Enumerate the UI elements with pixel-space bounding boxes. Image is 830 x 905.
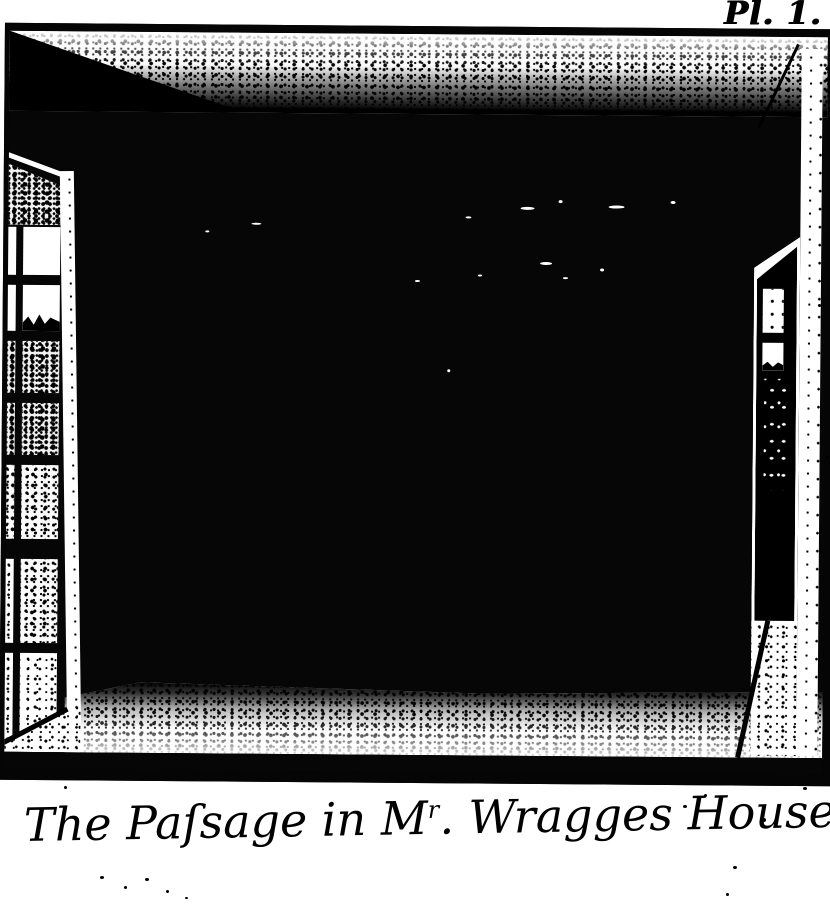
ink-speck bbox=[683, 805, 687, 808]
window-pane bbox=[3, 285, 16, 331]
window-pane-row bbox=[1, 341, 61, 393]
window-pane-row bbox=[0, 465, 61, 539]
right-door-face bbox=[754, 237, 797, 624]
highlight-speck bbox=[559, 200, 563, 203]
right-doorway bbox=[742, 37, 828, 776]
ink-speck bbox=[818, 304, 821, 307]
ink-speck bbox=[803, 787, 807, 790]
door-panel bbox=[0, 559, 14, 643]
highlight-speck bbox=[540, 262, 552, 265]
ink-speck bbox=[100, 876, 104, 879]
window-pane bbox=[3, 227, 16, 275]
ink-speck bbox=[145, 878, 149, 881]
floor-gradient bbox=[64, 680, 823, 758]
ink-speck bbox=[826, 455, 829, 459]
ink-speck bbox=[762, 818, 766, 822]
highlight-speck bbox=[521, 207, 535, 210]
door-panel-marks bbox=[763, 379, 786, 491]
highlight-speck bbox=[671, 201, 676, 204]
window-pane bbox=[22, 403, 59, 455]
room-interior bbox=[4, 31, 828, 775]
caption-superscript: r bbox=[427, 796, 439, 824]
ink-speck bbox=[185, 897, 188, 899]
window-pane bbox=[1, 465, 15, 539]
pane-shadow bbox=[23, 310, 60, 331]
window-pane-row bbox=[1, 403, 61, 455]
caption-text-2: . Wragges House. bbox=[439, 784, 830, 845]
ink-speck bbox=[166, 890, 169, 893]
ink-speck bbox=[704, 794, 707, 797]
right-door-bottom-edge bbox=[735, 620, 770, 758]
floor-stipple bbox=[64, 680, 823, 758]
scanned-book-page: Pl. 1. bbox=[0, 0, 830, 905]
highlight-speck bbox=[563, 277, 568, 279]
window-pane bbox=[2, 341, 15, 393]
door-panel-row bbox=[0, 559, 60, 643]
plate-number-text: Pl. 1. bbox=[724, 0, 822, 32]
window-pane bbox=[23, 227, 60, 275]
highlight-speck bbox=[251, 223, 261, 225]
right-door bbox=[751, 237, 800, 627]
ink-speck bbox=[64, 786, 67, 789]
plate-number: Pl. 1. bbox=[724, 0, 822, 32]
ink-speck bbox=[733, 866, 737, 869]
caption-text-1: The Paſsage in M bbox=[24, 791, 429, 852]
left-glazed-door bbox=[0, 145, 87, 753]
right-door-bottom-floor bbox=[750, 621, 797, 756]
window-pane bbox=[22, 341, 59, 393]
highlight-speck bbox=[465, 216, 471, 218]
left-door-jamb bbox=[60, 171, 82, 749]
ceiling-stipple bbox=[9, 31, 828, 117]
highlight-speck bbox=[478, 274, 482, 276]
window-pane bbox=[2, 403, 15, 455]
highlight-speck bbox=[600, 268, 604, 271]
ink-speck bbox=[124, 886, 127, 889]
window-pane bbox=[21, 465, 59, 539]
window-pane-row bbox=[2, 227, 62, 275]
ink-speck bbox=[726, 893, 729, 896]
right-door-jamb-band bbox=[796, 49, 823, 756]
door-panel bbox=[763, 289, 784, 333]
window-pane bbox=[23, 285, 60, 331]
door-panel bbox=[0, 653, 13, 743]
door-panel bbox=[762, 343, 783, 371]
highlight-speck bbox=[447, 369, 450, 372]
highlight-speck bbox=[205, 230, 209, 232]
engraving-plate bbox=[0, 23, 830, 787]
pane-shadow bbox=[762, 360, 783, 371]
highlight-speck bbox=[609, 205, 625, 208]
highlight-speck bbox=[415, 280, 420, 282]
door-panel bbox=[20, 559, 58, 643]
window-pane-row bbox=[2, 285, 62, 331]
